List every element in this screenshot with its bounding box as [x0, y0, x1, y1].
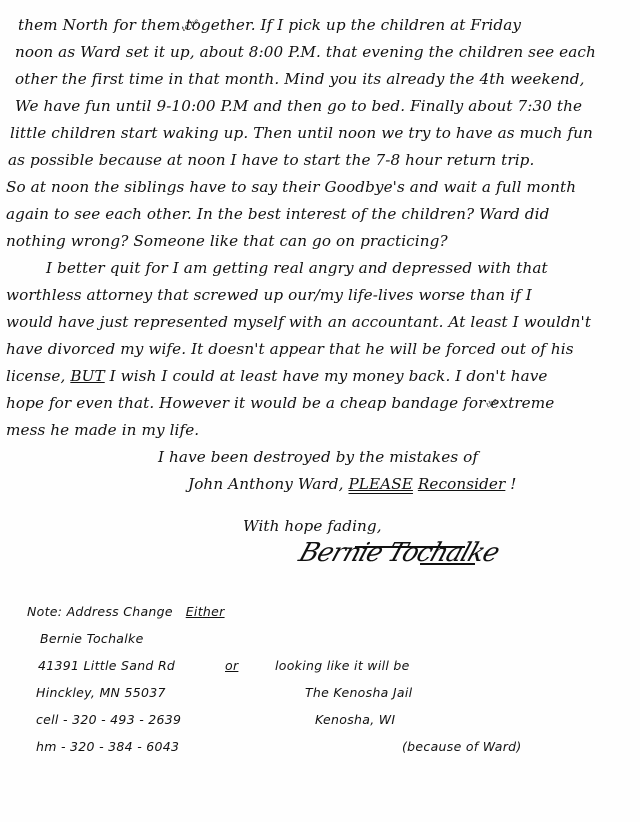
address-note-header: Note: Address Change Either	[27, 604, 225, 619]
signature-stroke	[355, 546, 465, 548]
letter-line-13: have divorced my wife. It doesn't appear…	[6, 340, 574, 358]
current-city: Hinckley, MN 55037	[36, 685, 166, 700]
letter-line-10: I better quit for I am getting real angr…	[46, 259, 548, 277]
letter-line-2: noon as Ward set it up, about 8:00 P.M. …	[15, 43, 596, 61]
note-label: Note: Address Change	[27, 604, 173, 619]
reconsider-emphasis: Reconsider	[418, 475, 505, 493]
letter-line-16: mess he made in my life.	[6, 421, 199, 439]
line-text: extreme	[490, 394, 554, 412]
closing-line-2: John Anthony Ward, PLEASE Reconsider !	[188, 475, 517, 493]
line-text: I wish I could at least have my money ba…	[105, 367, 548, 385]
alternative-city: Kenosha, WI	[315, 712, 395, 727]
closing-punctuation: !	[505, 475, 516, 493]
or-label: or	[225, 658, 238, 673]
line-text: hope for even that. However it would be …	[6, 394, 490, 412]
letter-line-1: them North for them to betogether. If I …	[18, 16, 521, 34]
underlined-but: BUT	[70, 367, 104, 385]
line-text: them North for them	[18, 16, 185, 34]
letter-line-14: license, BUT I wish I could at least hav…	[6, 367, 548, 385]
letter-line-11: worthless attorney that screwed up our/m…	[6, 286, 532, 304]
letter-line-3: other the first time in that month. Mind…	[15, 70, 585, 88]
valediction: With hope fading,	[243, 517, 382, 535]
letter-line-15: hope for even that. However it would be …	[6, 394, 554, 412]
letter-line-6: as possible because at noon I have to st…	[8, 151, 534, 169]
letter-line-9: nothing wrong? Someone like that can go …	[6, 232, 448, 250]
handwritten-letter-page: them North for them to betogether. If I …	[0, 0, 640, 822]
alternative-reason: (because of Ward)	[402, 739, 522, 754]
letter-line-5: little children start waking up. Then un…	[10, 124, 593, 142]
cell-phone: cell - 320 - 493 - 2639	[36, 712, 181, 727]
home-phone: hm - 320 - 384 - 6043	[36, 739, 179, 754]
letter-line-7: So at noon the siblings have to say thei…	[6, 178, 576, 196]
please-emphasis: PLEASE	[348, 475, 412, 493]
alternative-intro: looking like it will be	[275, 658, 410, 673]
letter-line-12: would have just represented myself with …	[6, 313, 591, 331]
attorney-name: John Anthony Ward,	[188, 475, 348, 493]
closing-line-1: I have been destroyed by the mistakes of	[158, 448, 478, 466]
either-label: Either	[186, 604, 225, 619]
letter-line-8: again to see each other. In the best int…	[6, 205, 549, 223]
line-text: together. If I pick up the children at F…	[185, 16, 521, 34]
current-street: 41391 Little Sand Rd	[38, 658, 175, 673]
signature-tail	[420, 563, 475, 565]
current-name: Bernie Tochalke	[40, 631, 144, 646]
alternative-name: The Kenosha Jail	[305, 685, 412, 700]
letter-line-4: We have fun until 9-10:00 P.M and then g…	[15, 97, 582, 115]
line-text: license,	[6, 367, 70, 385]
